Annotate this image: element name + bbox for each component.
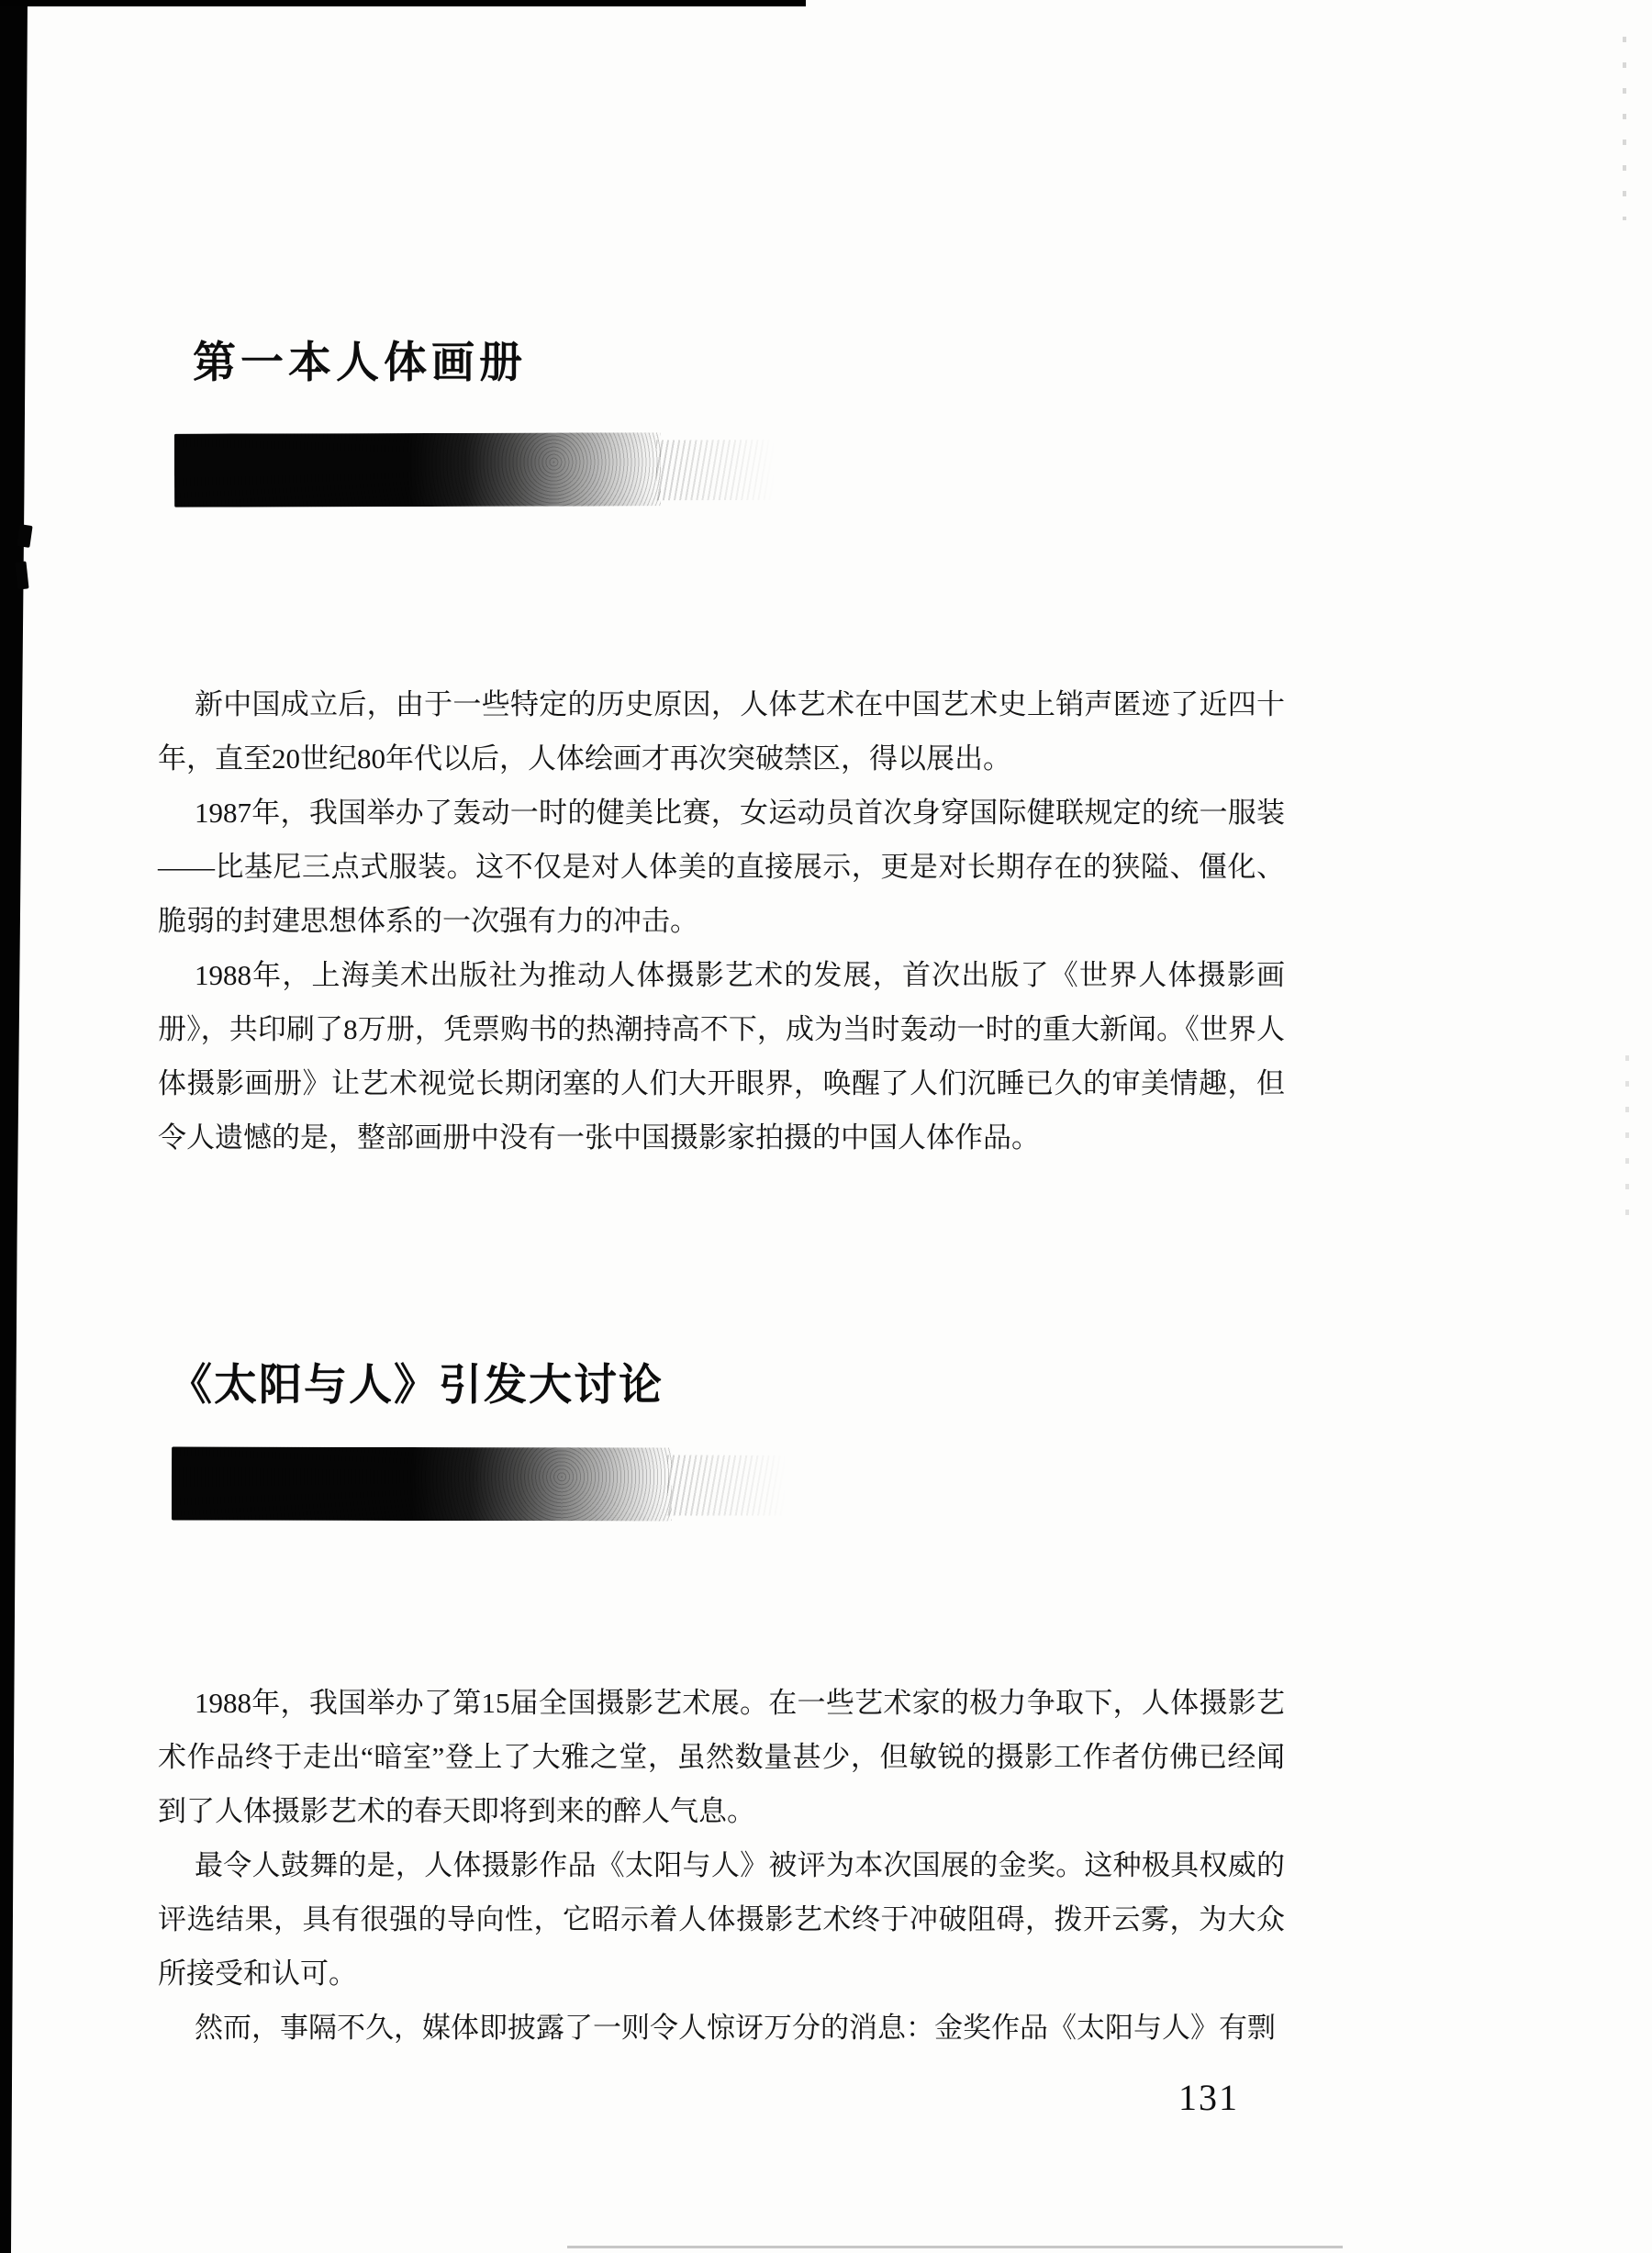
scan-edge-blot [15,561,28,589]
paragraph: 然而，事隔不久，媒体即披露了一则令人惊讶万分的消息：金奖作品《太阳与人》有剽 [158,2001,1285,2055]
scan-edge-blot [17,524,32,548]
paragraph: 最令人鼓舞的是，人体摄影作品《太阳与人》被评为本次国展的金奖。这种极具权威的评选… [158,1838,1285,2001]
book-page: 第一本人体画册 新中国成立后，由于一些特定的历史原因，人体艺术在中国艺术史上销声… [0,0,1652,2253]
section-heading-sun-and-man: 《太阳与人》引发大讨论 [169,1351,664,1412]
paragraph: 1988年，我国举办了第15届全国摄影艺术展。在一些艺术家的极力争取下，人体摄影… [158,1676,1285,1838]
decorative-gradient-rule [172,1447,672,1522]
scan-noise-specks [1625,1055,1629,1225]
decorative-gradient-rule [174,432,661,507]
paragraph: 1988年，上海美术出版社为推动人体摄影艺术的发展，首次出版了《世界人体摄影画册… [158,948,1285,1165]
paragraph: 新中国成立后，由于一些特定的历史原因，人体艺术在中国艺术史上销声匿迹了近四十年，… [158,677,1285,786]
scan-top-edge-artifact [0,0,806,6]
scan-left-edge-artifact [0,0,28,2253]
page-number: 131 [1178,2076,1239,2119]
section-heading-first-album: 第一本人体画册 [193,329,527,390]
scan-noise-specks [1623,37,1626,220]
scan-bottom-edge-artifact [567,2246,1343,2248]
paragraph: 1987年，我国举办了轰动一时的健美比赛，女运动员首次身穿国际健联规定的统一服装… [158,786,1285,948]
section-body: 1988年，我国举办了第15届全国摄影艺术展。在一些艺术家的极力争取下，人体摄影… [158,1676,1285,2055]
section-body: 新中国成立后，由于一些特定的历史原因，人体艺术在中国艺术史上销声匿迹了近四十年，… [158,677,1285,1165]
